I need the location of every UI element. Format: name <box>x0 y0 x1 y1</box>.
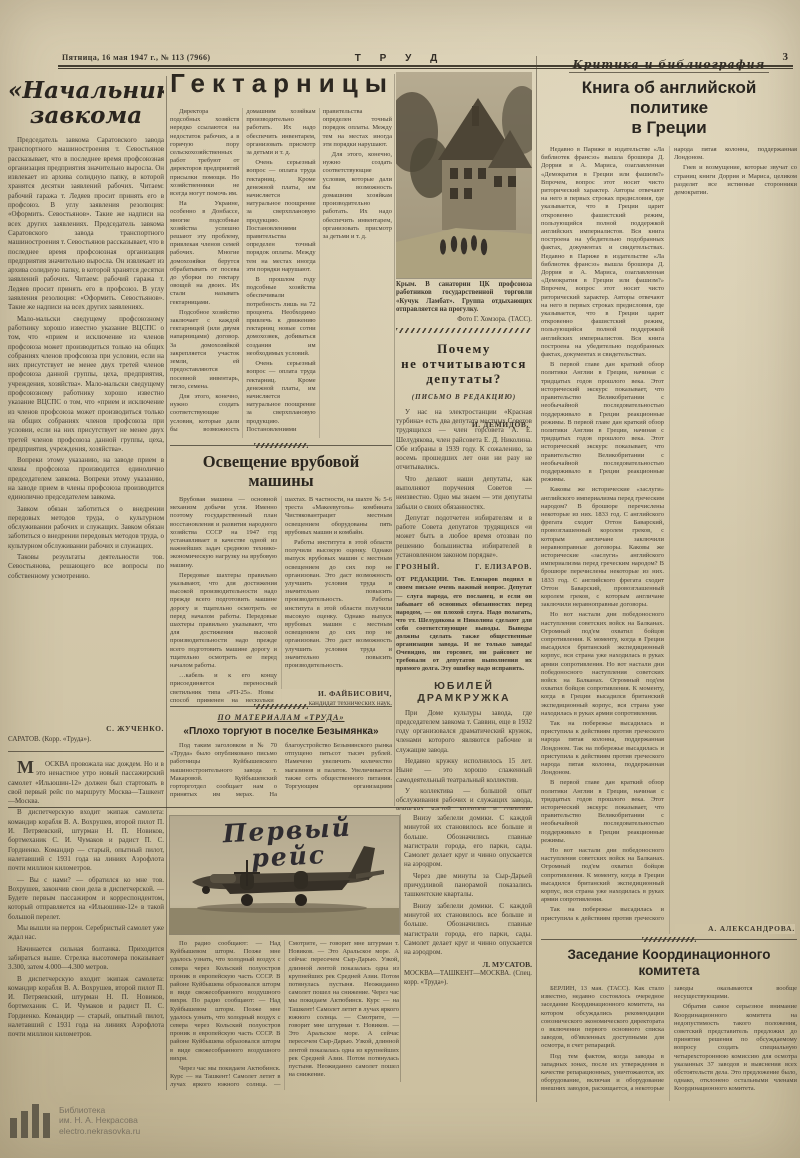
library-watermark: Библиотека им. Н. А. Некрасова electro.n… <box>10 1104 140 1138</box>
article-body-kniga: Недавно в Париже в издательстве «Ла библ… <box>541 146 797 934</box>
fancy-rule <box>170 704 392 709</box>
right-column-group: Критика и библиография Книга об английск… <box>541 58 797 1101</box>
article-body-zasedanie: БЕРЛИН, 13 мая. (ТАСС). Как стало извест… <box>541 985 797 1101</box>
fancy-rule <box>541 937 797 942</box>
script-headline: Первый рейс <box>187 813 389 875</box>
dateline-place: ГРОЗНЫЙ. <box>396 562 440 572</box>
sanatorium-photo <box>396 72 532 278</box>
column-divider <box>536 56 537 1102</box>
article-plokho: ПО МАТЕРИАЛАМ «ТРУДА» «Плохо торгуют в п… <box>170 701 392 802</box>
article-body-yubiley: При Доме культуры завода, где председате… <box>396 709 532 811</box>
dateline-place: САРАТОВ. (Корр. «Труда»). <box>8 734 164 744</box>
route-note: МОСКВА—ТАШКЕНТ—МОСКВА. (Спец. корр. «Тру… <box>404 970 532 987</box>
section-rubric: Критика и библиография <box>541 58 797 71</box>
article-nachalnik-zavkoma: «Начальник» завкома Председатель завкома… <box>8 76 164 1096</box>
article-text: Внизу забелели домики. С каждой минутой … <box>404 814 532 957</box>
zigzag-divider <box>396 328 532 333</box>
article-rule <box>8 751 164 752</box>
article-subtitle: (ПИСЬМО В РЕДАКЦИЮ) <box>396 393 532 402</box>
article-title-kniga: Книга об английской политике в Греции <box>541 78 797 138</box>
column-divider <box>166 76 167 1090</box>
photo-caption: Крым. В санатории ЦК профсоюза работнико… <box>396 281 532 315</box>
airplane-photo-block: Первый рейс <box>170 816 399 934</box>
article-body: Под таким заголовком в № 70 «Труда» было… <box>170 742 392 802</box>
article-title-yubiley: ЮБИЛЕЙ ДРАМКРУЖКА <box>396 680 532 704</box>
library-logo-icon <box>10 1104 50 1138</box>
article-title-pochemu: Почему не отчитываются депутаты? <box>396 341 532 386</box>
library-watermark-text: Библиотека им. Н. А. Некрасова electro.n… <box>59 1105 140 1139</box>
article-reys-left-leg: МОСКВА провожала нас дождем. Но и в это … <box>8 760 164 1040</box>
article-body-reys-right: Внизу забелели домики. С каждой минутой … <box>404 814 532 1090</box>
author-signature: Л. МУСАТОВ. <box>404 960 532 970</box>
section-rubric: ПО МАТЕРИАЛАМ «ТРУДА» <box>170 713 392 723</box>
signature-line: ГРОЗНЫЙ. Г. ЕЛИЗАРОВ. <box>396 562 532 572</box>
article-body-gektarnitsy: Директора подсобных хозяйств нередко ссы… <box>170 108 392 438</box>
article-title: «Плохо торгуют в поселке Безымянка» <box>170 726 392 738</box>
article-title-gektarnitsy: Гектарницы <box>170 68 394 98</box>
editorial-note: ОТ РЕДАКЦИИ. Тов. Елизаров поднял в свое… <box>396 576 532 673</box>
author-signature: С. ЖУЧЕНКО. <box>8 724 164 734</box>
right-mid-column: Крым. В санатории ЦК профсоюза работнико… <box>396 72 532 810</box>
article-osveshchenie: Освещение врубовой машины Врубовая машин… <box>170 440 392 708</box>
article-body: Врубовая машина — основной механизм добы… <box>170 496 392 708</box>
photo-credit: Фото Г. Хомзора. (ТАСС). <box>396 315 532 324</box>
article-title: «Начальник» завкома <box>8 78 164 128</box>
fancy-rule <box>170 443 392 448</box>
article-body-pochemu: У нас на электростанции «Красная турбина… <box>396 408 532 561</box>
author-signature: Г. ЕЛИЗАРОВ. <box>475 562 532 572</box>
article-title: Освещение врубовой машины <box>170 452 392 490</box>
mid-column-group: Гектарницы Директора подсобных хозяйств … <box>168 68 533 1092</box>
article-body-reys-mid: По радио сообщают: — Над Куйбышевом штор… <box>170 940 399 1090</box>
newspaper-page: Пятница, 16 мая 1947 г., № 113 (7966) Т … <box>0 0 800 1158</box>
article-title-zasedanie: Заседание Координационного комитета <box>541 947 797 979</box>
article-body: Председатель завкома Саратовского завода… <box>8 136 164 724</box>
author-signature: А. АЛЕКСАНДРОВА. <box>675 924 795 934</box>
